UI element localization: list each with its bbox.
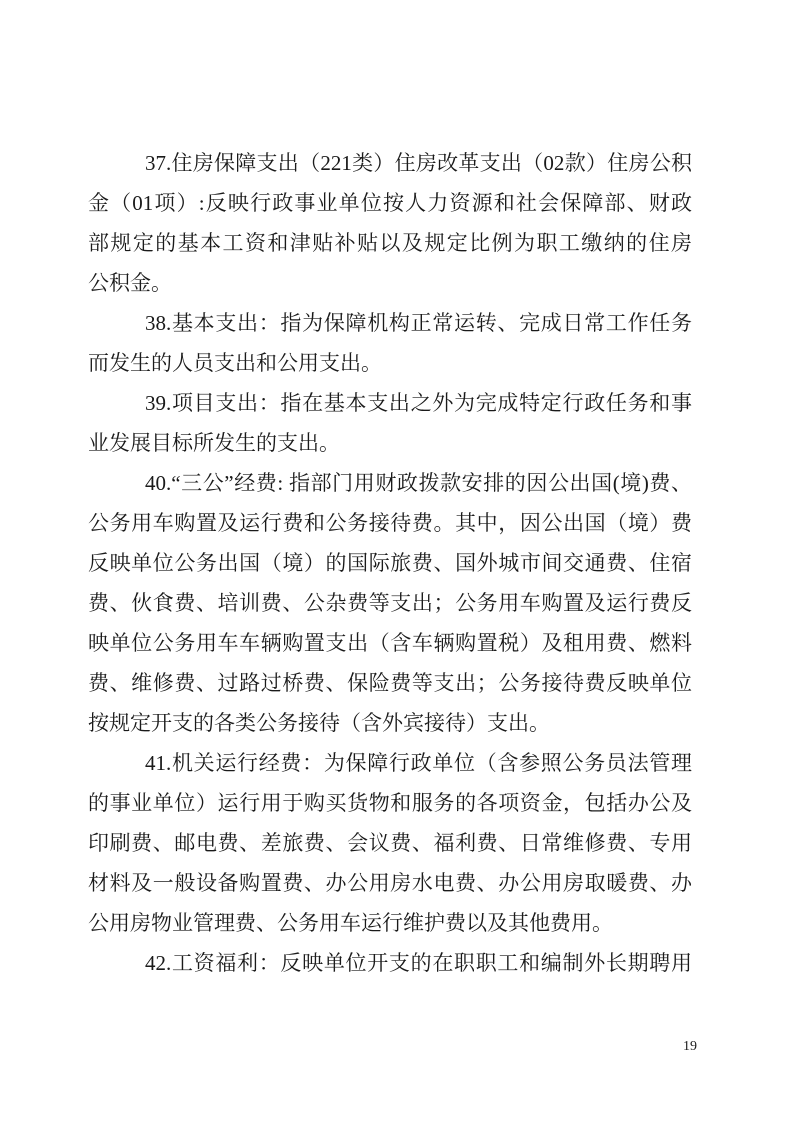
- text-line: 41.机关运行经费：为保障行政单位（含参照公务员法管理: [88, 743, 692, 783]
- text-line: 公用房物业管理费、公务用车运行维护费以及其他费用。: [88, 903, 692, 943]
- text-line: 印刷费、邮电费、差旅费、会议费、福利费、日常维修费、专用: [88, 823, 692, 863]
- text-line: 金（01项）:反映行政事业单位按人力资源和社会保障部、财政: [88, 183, 692, 223]
- text-line: 业发展目标所发生的支出。: [88, 423, 692, 463]
- paragraph-39: 39.项目支出：指在基本支出之外为完成特定行政任务和事业发展目标所发生的支出。: [88, 383, 692, 463]
- text-line: 材料及一般设备购置费、办公用房水电费、办公用房取暖费、办: [88, 863, 692, 903]
- text-line: 映单位公务用车车辆购置支出（含车辆购置税）及租用费、燃料: [88, 623, 692, 663]
- text-line: 39.项目支出：指在基本支出之外为完成特定行政任务和事: [88, 383, 692, 423]
- text-line: 公务用车购置及运行费和公务接待费。其中，因公出国（境）费: [88, 503, 692, 543]
- paragraph-42: 42.工资福利：反映单位开支的在职职工和编制外长期聘用: [88, 943, 692, 983]
- text-line: 37.住房保障支出（221类）住房改革支出（02款）住房公积: [88, 143, 692, 183]
- text-line: 费、伙食费、培训费、公杂费等支出；公务用车购置及运行费反: [88, 583, 692, 623]
- text-line: 的事业单位）运行用于购买货物和服务的各项资金，包括办公及: [88, 783, 692, 823]
- text-line: 按规定开支的各类公务接待（含外宾接待）支出。: [88, 703, 692, 743]
- paragraph-41: 41.机关运行经费：为保障行政单位（含参照公务员法管理的事业单位）运行用于购买货…: [88, 743, 692, 943]
- text-line: 部规定的基本工资和津贴补贴以及规定比例为职工缴纳的住房: [88, 223, 692, 263]
- paragraph-38: 38.基本支出：指为保障机构正常运转、完成日常工作任务而发生的人员支出和公用支出…: [88, 303, 692, 383]
- page-number: 19: [683, 1038, 697, 1056]
- text-line: 而发生的人员支出和公用支出。: [88, 343, 692, 383]
- text-line: 反映单位公务出国（境）的国际旅费、国外城市间交通费、住宿: [88, 543, 692, 583]
- document-page: 37.住房保障支出（221类）住房改革支出（02款）住房公积金（01项）:反映行…: [0, 0, 793, 1122]
- text-line: 42.工资福利：反映单位开支的在职职工和编制外长期聘用: [88, 943, 692, 983]
- paragraph-37: 37.住房保障支出（221类）住房改革支出（02款）住房公积金（01项）:反映行…: [88, 143, 692, 303]
- text-line: 40.“三公”经费: 指部门用财政拨款安排的因公出国(境)费、: [88, 463, 692, 503]
- text-line: 公积金。: [88, 263, 692, 303]
- paragraph-40: 40.“三公”经费: 指部门用财政拨款安排的因公出国(境)费、公务用车购置及运行…: [88, 463, 692, 743]
- text-line: 38.基本支出：指为保障机构正常运转、完成日常工作任务: [88, 303, 692, 343]
- text-line: 费、维修费、过路过桥费、保险费等支出；公务接待费反映单位: [88, 663, 692, 703]
- document-body: 37.住房保障支出（221类）住房改革支出（02款）住房公积金（01项）:反映行…: [88, 143, 692, 983]
